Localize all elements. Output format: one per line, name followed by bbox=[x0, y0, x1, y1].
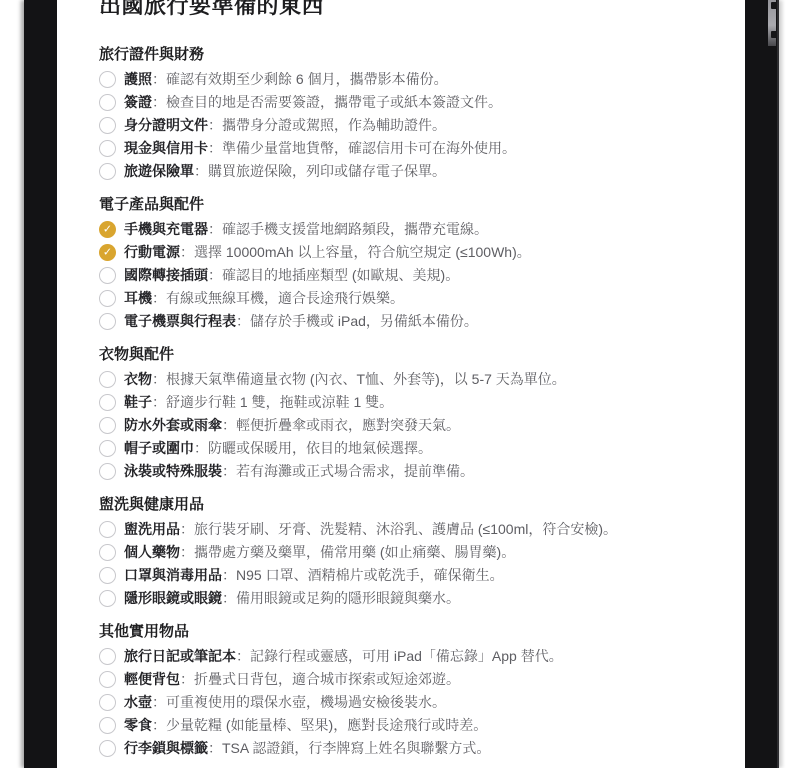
checklist-section: 旅行證件與財務 護照：確認有效期至少剩餘 6 個月，攜帶影本備份。 簽證：檢查目… bbox=[99, 46, 729, 183]
checklist-item: ✓ 行動電源：選擇 10000mAh 以上容量，符合航空規定 (≤100Wh)。 bbox=[99, 241, 729, 264]
item-description: 記錄行程或靈感，可用 iPad「備忘錄」App 替代。 bbox=[250, 648, 563, 664]
item-label: 旅行日記或筆記本 bbox=[124, 648, 236, 664]
checklist-item: 泳裝或特殊服裝：若有海灘或正式場合需求，提前準備。 bbox=[99, 460, 729, 483]
item-text[interactable]: 隱形眼鏡或眼鏡：備用眼鏡或足夠的隱形眼鏡與藥水。 bbox=[124, 589, 460, 608]
item-description: 攜帶身分證或駕照，作為輔助證件。 bbox=[222, 117, 446, 133]
checklist-item: 水壺：可重複使用的環保水壺，機場過安檢後裝水。 bbox=[99, 691, 729, 714]
item-separator: ： bbox=[152, 94, 166, 110]
item-text[interactable]: 泳裝或特殊服裝：若有海灘或正式場合需求，提前準備。 bbox=[124, 462, 474, 481]
item-description: 可重複使用的環保水壺，機場過安檢後裝水。 bbox=[166, 694, 446, 710]
item-description: 儲存於手機或 iPad，另備紙本備份。 bbox=[250, 313, 478, 329]
item-description: 備用眼鏡或足夠的隱形眼鏡與藥水。 bbox=[236, 590, 460, 606]
item-text[interactable]: 水壺：可重複使用的環保水壺，機場過安檢後裝水。 bbox=[124, 693, 446, 712]
checklist-section: 其他實用物品 旅行日記或筆記本：記錄行程或靈感，可用 iPad「備忘錄」App … bbox=[99, 623, 729, 760]
item-label: 耳機 bbox=[124, 290, 152, 306]
section-items: 旅行日記或筆記本：記錄行程或靈感，可用 iPad「備忘錄」App 替代。 輕便背… bbox=[99, 645, 729, 760]
item-description: 防曬或保暖用，依目的地氣候選擇。 bbox=[208, 440, 432, 456]
item-separator: ： bbox=[152, 717, 166, 733]
item-text[interactable]: 護照：確認有效期至少剩餘 6 個月，攜帶影本備份。 bbox=[124, 70, 448, 89]
item-text[interactable]: 鞋子：舒適步行鞋 1 雙，拖鞋或涼鞋 1 雙。 bbox=[124, 393, 393, 412]
checklist: 旅行證件與財務 護照：確認有效期至少剩餘 6 個月，攜帶影本備份。 簽證：檢查目… bbox=[99, 46, 729, 760]
item-separator: ： bbox=[222, 417, 236, 433]
item-description: 準備少量當地貨幣，確認信用卡可在海外使用。 bbox=[222, 140, 516, 156]
checklist-checkbox[interactable] bbox=[99, 140, 116, 157]
checklist-checkbox[interactable] bbox=[99, 371, 116, 388]
page: 出國旅行要準備的東西 旅行證件與財務 護照：確認有效期至少剩餘 6 個月，攜帶影… bbox=[0, 0, 800, 768]
checklist-item: 簽證：檢查目的地是否需要簽證，攜帶電子或紙本簽證文件。 bbox=[99, 91, 729, 114]
checklist-checkbox[interactable] bbox=[99, 544, 116, 561]
item-separator: ： bbox=[208, 140, 222, 156]
checklist-checkbox[interactable]: ✓ bbox=[99, 244, 116, 261]
item-label: 行動電源 bbox=[124, 244, 180, 260]
item-label: 泳裝或特殊服裝 bbox=[124, 463, 222, 479]
volume-down-button bbox=[771, 31, 777, 38]
item-text[interactable]: 現金與信用卡：準備少量當地貨幣，確認信用卡可在海外使用。 bbox=[124, 139, 516, 158]
checkmark-icon: ✓ bbox=[103, 225, 112, 236]
note-title[interactable]: 出國旅行要準備的東西 bbox=[99, 0, 729, 19]
checklist-item: 現金與信用卡：準備少量當地貨幣，確認信用卡可在海外使用。 bbox=[99, 137, 729, 160]
checklist-checkbox[interactable] bbox=[99, 313, 116, 330]
checklist-section: 盥洗與健康用品 盥洗用品：旅行裝牙刷、牙膏、洗髮精、沐浴乳、護膚品 (≤100m… bbox=[99, 496, 729, 610]
item-description: 確認目的地插座類型 (如歐規、美規)。 bbox=[222, 267, 459, 283]
section-items: ✓ 手機與充電器：確認手機支援當地網路頻段，攜帶充電線。 ✓ 行動電源：選擇 1… bbox=[99, 218, 729, 333]
item-label: 隱形眼鏡或眼鏡 bbox=[124, 590, 222, 606]
item-text[interactable]: 旅遊保險單：購買旅遊保險，列印或儲存電子保單。 bbox=[124, 162, 446, 181]
checklist-checkbox[interactable] bbox=[99, 521, 116, 538]
item-text[interactable]: 輕便背包：折疊式日背包，適合城市探索或短途郊遊。 bbox=[124, 670, 460, 689]
item-label: 手機與充電器 bbox=[124, 221, 208, 237]
item-text[interactable]: 旅行日記或筆記本：記錄行程或靈感，可用 iPad「備忘錄」App 替代。 bbox=[124, 647, 563, 666]
checklist-checkbox[interactable] bbox=[99, 648, 116, 665]
checklist-checkbox[interactable] bbox=[99, 567, 116, 584]
checklist-checkbox[interactable] bbox=[99, 117, 116, 134]
item-description: 少量乾糧 (如能量棒、堅果)，應對長途飛行或時差。 bbox=[166, 717, 487, 733]
checklist-checkbox[interactable] bbox=[99, 440, 116, 457]
checklist-checkbox[interactable]: ✓ bbox=[99, 221, 116, 238]
item-description: 旅行裝牙刷、牙膏、洗髮精、沐浴乳、護膚品 (≤100ml，符合安檢)。 bbox=[194, 521, 617, 537]
section-items: 盥洗用品：旅行裝牙刷、牙膏、洗髮精、沐浴乳、護膚品 (≤100ml，符合安檢)。… bbox=[99, 518, 729, 610]
checklist-item: 國際轉接插頭：確認目的地插座類型 (如歐規、美規)。 bbox=[99, 264, 729, 287]
item-separator: ： bbox=[208, 221, 222, 237]
section-header[interactable]: 旅行證件與財務 bbox=[99, 46, 729, 64]
item-label: 零食 bbox=[124, 717, 152, 733]
item-label: 行李鎖與標籤 bbox=[124, 740, 208, 756]
checklist-checkbox[interactable] bbox=[99, 740, 116, 757]
item-text[interactable]: 手機與充電器：確認手機支援當地網路頻段，攜帶充電線。 bbox=[124, 220, 488, 239]
checklist-checkbox[interactable] bbox=[99, 463, 116, 480]
item-text[interactable]: 帽子或圍巾：防曬或保暖用，依目的地氣候選擇。 bbox=[124, 439, 432, 458]
item-text[interactable]: 盥洗用品：旅行裝牙刷、牙膏、洗髮精、沐浴乳、護膚品 (≤100ml，符合安檢)。 bbox=[124, 520, 617, 539]
item-description: 若有海灘或正式場合需求，提前準備。 bbox=[236, 463, 474, 479]
item-separator: ： bbox=[222, 590, 236, 606]
item-separator: ： bbox=[180, 671, 194, 687]
item-label: 盥洗用品 bbox=[124, 521, 180, 537]
item-description: 檢查目的地是否需要簽證，攜帶電子或紙本簽證文件。 bbox=[166, 94, 502, 110]
item-text[interactable]: 電子機票與行程表：儲存於手機或 iPad，另備紙本備份。 bbox=[124, 312, 478, 331]
section-items: 衣物：根據天氣準備適量衣物 (內衣、T恤、外套等)，以 5-7 天為單位。 鞋子… bbox=[99, 368, 729, 483]
checklist-checkbox[interactable] bbox=[99, 417, 116, 434]
checklist-item: 帽子或圍巾：防曬或保暖用，依目的地氣候選擇。 bbox=[99, 437, 729, 460]
checklist-checkbox[interactable] bbox=[99, 694, 116, 711]
ipad-right-bezel bbox=[745, 0, 779, 768]
item-text[interactable]: 行李鎖與標籤：TSA 認證鎖，行李牌寫上姓名與聯繫方式。 bbox=[124, 739, 490, 758]
item-separator: ： bbox=[152, 694, 166, 710]
item-label: 國際轉接插頭 bbox=[124, 267, 208, 283]
checklist-item: 輕便背包：折疊式日背包，適合城市探索或短途郊遊。 bbox=[99, 668, 729, 691]
item-text[interactable]: 行動電源：選擇 10000mAh 以上容量，符合航空規定 (≤100Wh)。 bbox=[124, 243, 531, 262]
item-description: TSA 認證鎖，行李牌寫上姓名與聯繫方式。 bbox=[222, 740, 490, 756]
item-label: 口罩與消毒用品 bbox=[124, 567, 222, 583]
item-separator: ： bbox=[194, 440, 208, 456]
ipad-left-bezel bbox=[24, 0, 57, 768]
item-text[interactable]: 耳機：有線或無線耳機，適合長途飛行娛樂。 bbox=[124, 289, 404, 308]
item-separator: ： bbox=[180, 521, 194, 537]
checklist-checkbox[interactable] bbox=[99, 290, 116, 307]
item-separator: ： bbox=[152, 290, 166, 306]
checklist-checkbox[interactable] bbox=[99, 267, 116, 284]
item-separator: ： bbox=[222, 463, 236, 479]
item-description: 有線或無線耳機，適合長途飛行娛樂。 bbox=[166, 290, 404, 306]
item-description: 輕便折疊傘或雨衣，應對突發天氣。 bbox=[236, 417, 460, 433]
item-description: 確認有效期至少剩餘 6 個月，攜帶影本備份。 bbox=[166, 71, 448, 87]
notes-app-screen: 出國旅行要準備的東西 旅行證件與財務 護照：確認有效期至少剩餘 6 個月，攜帶影… bbox=[57, 0, 745, 768]
checklist-item: 零食：少量乾糧 (如能量棒、堅果)，應對長途飛行或時差。 bbox=[99, 714, 729, 737]
item-separator: ： bbox=[208, 117, 222, 133]
item-description: 購買旅遊保險，列印或儲存電子保單。 bbox=[208, 163, 446, 179]
section-header[interactable]: 電子產品與配件 bbox=[99, 196, 729, 214]
checklist-item: ✓ 手機與充電器：確認手機支援當地網路頻段，攜帶充電線。 bbox=[99, 218, 729, 241]
checklist-item: 鞋子：舒適步行鞋 1 雙，拖鞋或涼鞋 1 雙。 bbox=[99, 391, 729, 414]
item-separator: ： bbox=[180, 544, 194, 560]
item-description: 選擇 10000mAh 以上容量，符合航空規定 (≤100Wh)。 bbox=[194, 244, 531, 260]
item-text[interactable]: 零食：少量乾糧 (如能量棒、堅果)，應對長途飛行或時差。 bbox=[124, 716, 487, 735]
checklist-item: 旅遊保險單：購買旅遊保險，列印或儲存電子保單。 bbox=[99, 160, 729, 183]
checklist-item: 口罩與消毒用品：N95 口罩、酒精棉片或乾洗手，確保衛生。 bbox=[99, 564, 729, 587]
item-text[interactable]: 身分證明文件：攜帶身分證或駕照，作為輔助證件。 bbox=[124, 116, 446, 135]
item-description: 攜帶處方藥及藥單，備常用藥 (如止痛藥、腸胃藥)。 bbox=[194, 544, 515, 560]
item-label: 衣物 bbox=[124, 371, 152, 387]
checklist-item: 身分證明文件：攜帶身分證或駕照，作為輔助證件。 bbox=[99, 114, 729, 137]
checklist-item: 電子機票與行程表：儲存於手機或 iPad，另備紙本備份。 bbox=[99, 310, 729, 333]
item-text[interactable]: 衣物：根據天氣準備適量衣物 (內衣、T恤、外套等)，以 5-7 天為單位。 bbox=[124, 370, 566, 389]
checklist-checkbox[interactable] bbox=[99, 71, 116, 88]
item-label: 帽子或圍巾 bbox=[124, 440, 194, 456]
item-description: 根據天氣準備適量衣物 (內衣、T恤、外套等)，以 5-7 天為單位。 bbox=[166, 371, 566, 387]
item-label: 旅遊保險單 bbox=[124, 163, 194, 179]
item-label: 簽證 bbox=[124, 94, 152, 110]
checklist-item: 衣物：根據天氣準備適量衣物 (內衣、T恤、外套等)，以 5-7 天為單位。 bbox=[99, 368, 729, 391]
item-separator: ： bbox=[180, 244, 194, 260]
checklist-item: 盥洗用品：旅行裝牙刷、牙膏、洗髮精、沐浴乳、護膚品 (≤100ml，符合安檢)。 bbox=[99, 518, 729, 541]
item-separator: ： bbox=[152, 71, 166, 87]
item-separator: ： bbox=[236, 648, 250, 664]
item-label: 輕便背包 bbox=[124, 671, 180, 687]
section-header[interactable]: 其他實用物品 bbox=[99, 623, 729, 641]
item-label: 個人藥物 bbox=[124, 544, 180, 560]
item-label: 電子機票與行程表 bbox=[124, 313, 236, 329]
item-separator: ： bbox=[194, 163, 208, 179]
section-items: 護照：確認有效期至少剩餘 6 個月，攜帶影本備份。 簽證：檢查目的地是否需要簽證… bbox=[99, 68, 729, 183]
checkmark-icon: ✓ bbox=[103, 248, 112, 259]
checklist-item: 耳機：有線或無線耳機，適合長途飛行娛樂。 bbox=[99, 287, 729, 310]
item-label: 防水外套或雨傘 bbox=[124, 417, 222, 433]
item-label: 水壺 bbox=[124, 694, 152, 710]
item-text[interactable]: 國際轉接插頭：確認目的地插座類型 (如歐規、美規)。 bbox=[124, 266, 459, 285]
item-separator: ： bbox=[208, 740, 222, 756]
item-description: 折疊式日背包，適合城市探索或短途郊遊。 bbox=[194, 671, 460, 687]
section-header[interactable]: 衣物與配件 bbox=[99, 346, 729, 364]
item-separator: ： bbox=[208, 267, 222, 283]
note-body: 出國旅行要準備的東西 旅行證件與財務 護照：確認有效期至少剩餘 6 個月，攜帶影… bbox=[57, 0, 745, 760]
item-separator: ： bbox=[152, 394, 166, 410]
checklist-item: 防水外套或雨傘：輕便折疊傘或雨衣，應對突發天氣。 bbox=[99, 414, 729, 437]
checklist-checkbox[interactable] bbox=[99, 94, 116, 111]
section-header[interactable]: 盥洗與健康用品 bbox=[99, 496, 729, 514]
item-label: 鞋子 bbox=[124, 394, 152, 410]
item-text[interactable]: 簽證：檢查目的地是否需要簽證，攜帶電子或紙本簽證文件。 bbox=[124, 93, 502, 112]
item-text[interactable]: 防水外套或雨傘：輕便折疊傘或雨衣，應對突發天氣。 bbox=[124, 416, 460, 435]
item-text[interactable]: 口罩與消毒用品：N95 口罩、酒精棉片或乾洗手，確保衛生。 bbox=[124, 566, 504, 585]
checklist-item: 隱形眼鏡或眼鏡：備用眼鏡或足夠的隱形眼鏡與藥水。 bbox=[99, 587, 729, 610]
checklist-item: 旅行日記或筆記本：記錄行程或靈感，可用 iPad「備忘錄」App 替代。 bbox=[99, 645, 729, 668]
checklist-checkbox[interactable] bbox=[99, 394, 116, 411]
checklist-checkbox[interactable] bbox=[99, 590, 116, 607]
checklist-section: 電子產品與配件 ✓ 手機與充電器：確認手機支援當地網路頻段，攜帶充電線。 ✓ 行… bbox=[99, 196, 729, 333]
item-text[interactable]: 個人藥物：攜帶處方藥及藥單，備常用藥 (如止痛藥、腸胃藥)。 bbox=[124, 543, 515, 562]
item-separator: ： bbox=[152, 371, 166, 387]
checklist-section: 衣物與配件 衣物：根據天氣準備適量衣物 (內衣、T恤、外套等)，以 5-7 天為… bbox=[99, 346, 729, 483]
item-label: 身分證明文件 bbox=[124, 117, 208, 133]
item-separator: ： bbox=[222, 567, 236, 583]
checklist-checkbox[interactable] bbox=[99, 163, 116, 180]
item-separator: ： bbox=[236, 313, 250, 329]
checklist-checkbox[interactable] bbox=[99, 671, 116, 688]
checklist-item: 個人藥物：攜帶處方藥及藥單，備常用藥 (如止痛藥、腸胃藥)。 bbox=[99, 541, 729, 564]
item-description: 舒適步行鞋 1 雙，拖鞋或涼鞋 1 雙。 bbox=[166, 394, 393, 410]
item-description: 確認手機支援當地網路頻段，攜帶充電線。 bbox=[222, 221, 488, 237]
checklist-item: 護照：確認有效期至少剩餘 6 個月，攜帶影本備份。 bbox=[99, 68, 729, 91]
volume-up-button bbox=[771, 2, 777, 9]
checklist-item: 行李鎖與標籤：TSA 認證鎖，行李牌寫上姓名與聯繫方式。 bbox=[99, 737, 729, 760]
item-label: 護照 bbox=[124, 71, 152, 87]
item-description: N95 口罩、酒精棉片或乾洗手，確保衛生。 bbox=[236, 567, 504, 583]
item-label: 現金與信用卡 bbox=[124, 140, 208, 156]
checklist-checkbox[interactable] bbox=[99, 717, 116, 734]
